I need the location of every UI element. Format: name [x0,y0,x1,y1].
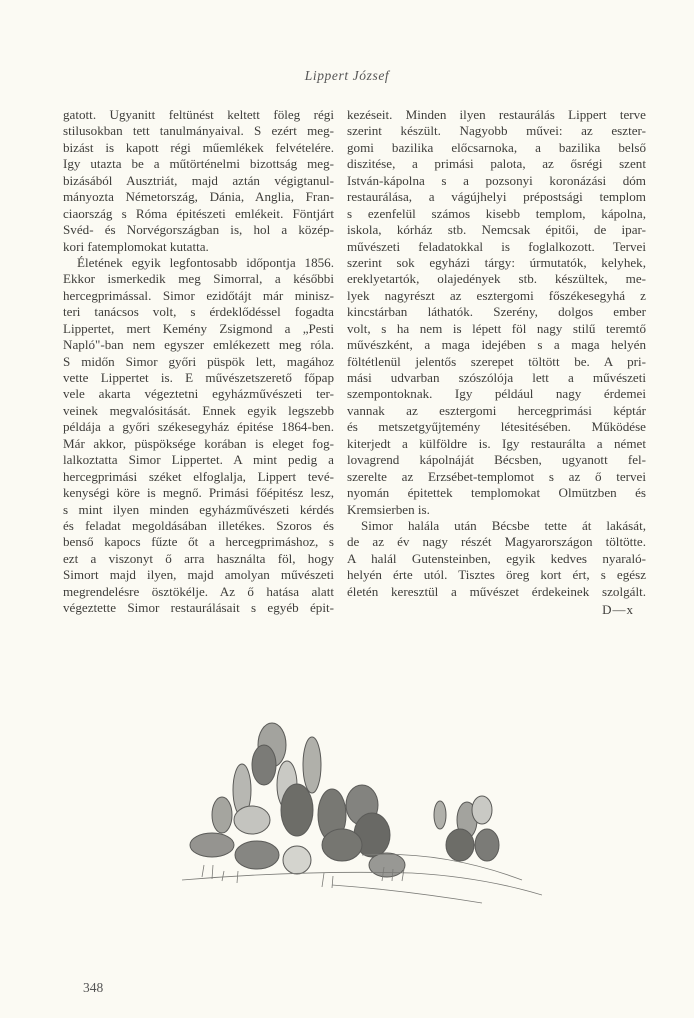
text-line: vette Lippertet is. E művészetszerető fő… [63,370,334,386]
text-line: vannak az esztergomi hercegprimási képtá… [347,403,646,419]
text-line: de az év nagy részét Magyarországon tölt… [347,534,646,550]
text-line: S midőn Simor győri püspök lett, magához [63,354,334,370]
text-line: István-kápolna s a pozsonyi koronázási d… [347,173,646,189]
text-line: szerelte az Erzsébet-templomot s az ő te… [347,469,646,485]
text-line: s ezenfelül számos kisebb templom, kápol… [347,206,646,222]
text-line: szempontoknak. Igy például nagy érdemei [347,386,646,402]
text-line: és metszetgyűjtemény létesitésében. Műkö… [347,419,646,435]
text-line: s mint ilyen minden egyházművészeti kérd… [63,502,334,518]
text-line: kiterjedt a külföldre is. Igy restaurált… [347,436,646,452]
text-line: Napló"-ban nem egyszer emlékezett meg ró… [63,337,334,353]
text-line: vele akarta végeztetni egyházművészeti t… [63,386,334,402]
text-line: benső kapocs fűzte őt a hercegprimáshoz,… [63,534,334,550]
right-text-column: kezéseit. Minden ilyen restaurálás Lippe… [347,107,646,619]
text-line: kezéseit. Minden ilyen restaurálás Lippe… [347,107,646,123]
text-line: iskola, kórház stb. Nemcsak épitői, de i… [347,222,646,238]
text-line: művészeti feladatokkal is foglalkozott. … [347,239,646,255]
text-line: példája a győri székesegyház épitése 186… [63,419,334,435]
text-line: Svéd- és Norvégországban is, hol a közép… [63,222,334,238]
text-line: mási udvarban szószólója lett a művészet… [347,370,646,386]
text-line: restaurálása, a vágújhelyi prépostsági t… [347,189,646,205]
page-number: 348 [83,980,103,996]
text-line: és feladat megoldásában illetékes. Szoro… [63,518,334,534]
book-page: Lippert József gatott. Ugyanitt feltünés… [0,0,694,1018]
text-line: ezt a viszonyt ő arra használta föl, hog… [63,551,334,567]
text-line: Simor halála után Bécsbe tette át lakásá… [347,518,646,534]
text-line: Igy utazta be a műtörténelmi bizottság m… [63,156,334,172]
text-line: diszitése, a primási palota, az ősrégi s… [347,156,646,172]
text-line: gomi bazilika előcsarnoka, a bazilika be… [347,140,646,156]
text-line: végeztette Simor restaurálásait s egyéb … [63,600,334,616]
cactus-sketch-icon [182,705,542,915]
text-line: megrendelésre ösztökélje. Az ő hatása al… [63,584,334,600]
author-signature: D—x [347,602,646,618]
text-line: teri tanácsos volt, s érdeklődéssel foga… [63,304,334,320]
text-line: föltétlenül jelentős szerepet töltött be… [347,354,646,370]
text-line: életén keresztül a művészet érdekeinek s… [347,584,646,600]
text-line: gatott. Ugyanitt feltünést keltett föleg… [63,107,334,123]
text-line: Lippertet, mert Kemény Zsigmond a „Pesti [63,321,334,337]
text-line: kori fatemplomokat kutatta. [63,239,334,255]
text-line: mányozta Németország, Dánia, Anglia, Fra… [63,189,334,205]
text-line: nyomán épitettek templomokat Olmützben é… [347,485,646,501]
text-line: kenységi köre is megnő. Primási főépités… [63,485,334,501]
running-head: Lippert József [0,68,694,84]
text-line: kincstárban láthatók. Szerény, dolgos em… [347,304,646,320]
text-line: ciaország s Róma épitészeti emlékeit. Fö… [63,206,334,222]
text-line: Életének egyik legfontosabb időpontja 18… [63,255,334,271]
text-line: helyén érte utól. Tisztes öreg kort ért,… [347,567,646,583]
text-line: bizásából Ausztriát, majd aztán végigtan… [63,173,334,189]
left-text-column: gatott. Ugyanitt feltünést keltett föleg… [63,107,334,617]
text-line: hercegprimással. Simor ezidőtájt már min… [63,288,334,304]
text-line: bizást is kapott régi műemlékek felvétel… [63,140,334,156]
text-line: szerint készült. Nagyobb művei: az eszte… [347,123,646,139]
text-line: veinek megvalósitását. Ennek egyik legsz… [63,403,334,419]
text-line: Ekkor ismerkedik meg Simorral, a későbbi [63,271,334,287]
text-line: A halál Gutensteinben, egyik kedves nyar… [347,551,646,567]
text-line: Kremsierben is. [347,502,646,518]
text-line: művészként, a maga idejében s a maga hel… [347,337,646,353]
text-line: lovagrend kápolnáját Bécsben, ugyanott f… [347,452,646,468]
text-line: volt, s ha nem is lépett föl nagy stilű … [347,321,646,337]
text-line: Már akkor, püspöksége korában is eleget … [63,436,334,452]
text-line: Simort majd ilyen, majd amolyan művészet… [63,567,334,583]
text-line: lalkoztatta Simor Lippertet. A mint pedi… [63,452,334,468]
text-line: stilusokban tett tanulmányaival. S ezért… [63,123,334,139]
text-line: lyek nagyrészt az esztergomi főszékesegy… [347,288,646,304]
text-line: ereklyetartók, olajedények stb. készülte… [347,271,646,287]
text-line: szerint sok egyházi tárgy: úrmutatók, ke… [347,255,646,271]
text-line: hercegprimási széket elfoglalja, Lippert… [63,469,334,485]
